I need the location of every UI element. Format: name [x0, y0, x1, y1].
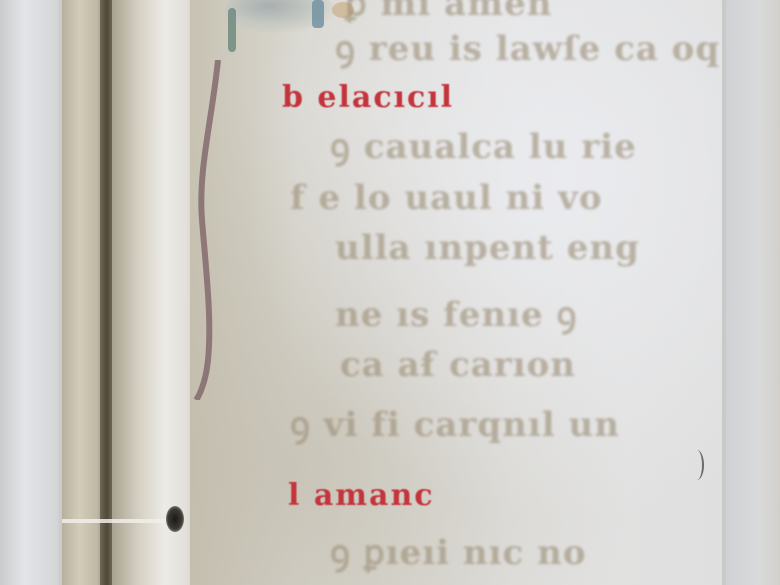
initial-flourish-stroke [190, 60, 240, 400]
text-line: ca aẜ carıon [340, 345, 576, 385]
text-line: ꝯ caualca lu rie [330, 122, 637, 168]
text-line: ulla ınpent eng [335, 228, 640, 268]
sewing-thread [62, 519, 182, 523]
rubric-heading: b elacıcıl [282, 80, 454, 115]
spine-strip [112, 0, 200, 585]
text-line: ꝯ ꝑıeıi nıc no [330, 528, 587, 574]
text-line: ne ıs fenıe ꝯ [335, 290, 577, 336]
initial-decoration [228, 8, 236, 52]
ink-mark [690, 450, 704, 480]
initial-decoration [312, 0, 324, 28]
worm-hole [166, 506, 184, 532]
text-line: ꝯ reu is lawſe ca oq [335, 24, 720, 70]
text-line: ꝑ mi̾ amen [345, 0, 553, 24]
background-right [726, 0, 780, 585]
rubric-heading: l amanc [288, 478, 435, 513]
manuscript-photo: ꝑ mi̾ amen ꝯ reu is lawſe ca oq b elacıc… [0, 0, 780, 585]
text-line: f e lo uaul ni vo [290, 178, 603, 218]
background-left [0, 0, 70, 585]
text-line: ꝯ vi fi carqnıl un [290, 400, 620, 446]
